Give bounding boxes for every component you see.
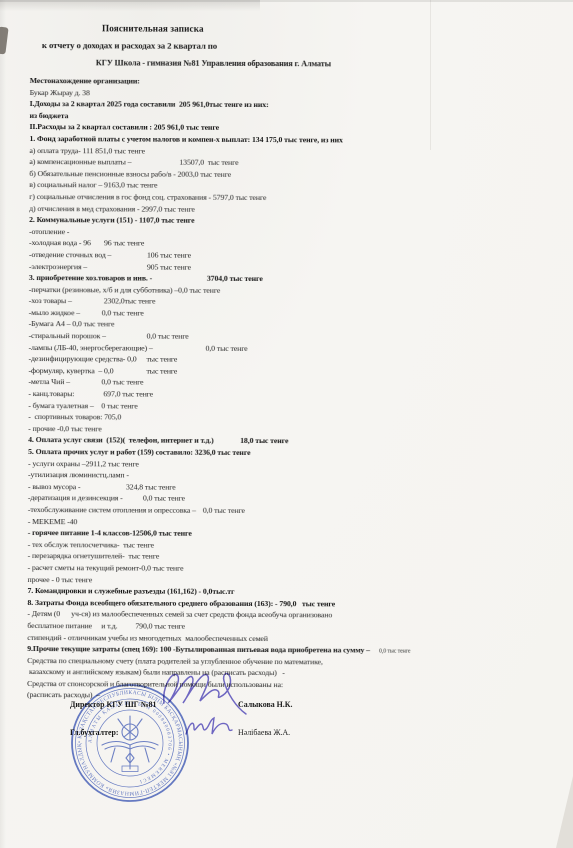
doc-line-text: - MEKEME -40	[28, 517, 78, 526]
doc-title: Пояснительная записка	[102, 20, 555, 39]
doc-line-value: 697,0 тыс тенге	[103, 388, 153, 400]
doc-line-text: - спортивных товаров: 705,0	[28, 412, 121, 421]
doc-line-value: 0,0 тыс тенге	[102, 307, 144, 319]
doc-line-text: бесплатное питание и т.д.	[27, 621, 117, 630]
doc-line-text: -техобслуживание систем отопления и опре…	[28, 505, 196, 515]
doc-line-text: - услуги охраны –2911,2 тыс тенге	[28, 459, 139, 468]
doc-line-text: -Бумага А4 – 0,0 тыс тенге	[29, 319, 115, 328]
doc-line-value: 0,0 тыс тенге	[203, 505, 245, 517]
scan-edge-line	[0, 0, 573, 2]
scan-corner-mark	[0, 26, 9, 54]
doc-line-text: -дератизация и дезинсекция -	[28, 493, 123, 502]
doc-line-text: - расчет сметы на текущий ремонт-0,0 тыс…	[28, 563, 184, 573]
doc-line-text: -мыло жидкое –	[29, 308, 80, 317]
doc-line-text: II.Расходы за 2 квартал составили : 205 …	[30, 122, 220, 132]
doc-line-text: -отопление -	[29, 227, 69, 236]
stamp-emblem-icon	[102, 716, 158, 772]
accountant-name: Нәлібаева Ж.А.	[238, 728, 290, 737]
doc-line-value: 106 тыс тенге	[147, 249, 191, 261]
doc-line-value: 0,0 тыс тенге	[147, 331, 189, 343]
doc-line-text: прочее - 0 тыс тенге	[28, 575, 93, 584]
doc-line-text: д) отчисления в мед страхования - 2997,0…	[29, 204, 195, 214]
doc-line-text: 1. Фонд заработной платы с учетом налого…	[29, 134, 342, 144]
doc-line-text: г) социальные отчисления в гос фонд соц.…	[29, 192, 266, 202]
scan-shadow-left	[0, 0, 6, 848]
doc-line-value: 18,0 тыс тенге	[240, 435, 288, 447]
doc-line-text: 2. Коммунальные услуги (151) - 1107,0 ты…	[29, 215, 194, 225]
doc-line-value: 0,0 тыс тенге	[101, 377, 143, 389]
page-corner-fold	[556, 776, 573, 848]
document-content: Пояснительная записка к отчету о доходах…	[27, 20, 555, 703]
doc-line-text: 7. Командировки и служебные разъезды (16…	[27, 586, 234, 596]
doc-line-text: стипендий - отличникам учебы из многодет…	[27, 632, 268, 642]
doc-line-text: -дезинфицирующие средства- 0,0	[29, 354, 137, 363]
doc-line-text: а) компенсационные выплаты –	[29, 157, 131, 166]
doc-line-text: б) Обязательные пенсионные взносы рабо/в…	[29, 169, 231, 179]
doc-line-value: 2302,0тыс тенге	[104, 296, 156, 308]
doc-line-text: I.Доходы за 2 квартал 2025 года составил…	[30, 99, 269, 109]
doc-line-text: -метла Чий –	[28, 377, 70, 386]
doc-line-text: - перезарядка огнетушителей- тыс тенге	[28, 551, 159, 561]
doc-line-text: -формуляр, кувертка – 0,0	[28, 366, 113, 375]
doc-line-text: -стиральный порошок –	[29, 331, 106, 340]
doc-line-value: 0 тыс тенге	[101, 400, 137, 412]
doc-line-text: Букар Жырау д. 38	[30, 88, 90, 97]
doc-line-value: 0,0 тыс тенге	[379, 649, 410, 655]
doc-line-text: - прочие -0,0 тыс тенге	[28, 424, 102, 433]
official-stamp: • ҚАЗАҚСТАН РЕСПУБЛИКАСЫ БІЛІМ БАСҚАРМАС…	[69, 682, 191, 804]
doc-line-value: 905 тыс тенге	[147, 261, 191, 273]
doc-line-text: -электроэнергия –	[29, 261, 87, 270]
doc-line-value: тыс тенге	[146, 354, 177, 366]
doc-lines: Местонахождение организации:Букар Жырау …	[27, 75, 555, 703]
doc-line-value: 13507,0 тыс тенге	[179, 157, 238, 169]
doc-line-value: тыс тенге	[146, 365, 177, 377]
doc-line-text: - тех обслуж теплосчетчика- тыс тенге	[28, 540, 154, 550]
doc-line-value: 324,8 тыс тенге	[126, 481, 176, 493]
doc-line-value: 96 тыс тенге	[104, 238, 144, 250]
doc-line-text: -хоз товары –	[29, 296, 72, 305]
doc-line-text: -лампы (ЛБ-40, энергосберегающие) –	[29, 343, 153, 353]
doc-line-text: 9.Прочие текущие затраты (спец 169): 100…	[27, 644, 370, 654]
doc-line-text: из бюджета	[30, 111, 69, 120]
doc-line-text: -утилизация люминистц.ламп -	[28, 470, 129, 479]
scan-shadow-top	[0, 0, 260, 15]
doc-line-text: в) социальный налог – 9163,0 тыс тенге	[29, 180, 157, 190]
doc-line-text: 8. Затраты Фонда всеобщего обязательного…	[27, 598, 335, 608]
doc-line-text: -перчатки (резиновые, х/б и для субботни…	[29, 285, 220, 295]
doc-line-text: - горячее питание 1-4 классов-12506,0 ты…	[28, 528, 192, 538]
doc-line-text: - бумага туалетная –	[28, 401, 93, 410]
doc-line-text: а) оплата труда- 111 851,0 тыс тенге	[29, 146, 144, 156]
doc-line-value: 0,0 тыс тенге	[143, 493, 185, 505]
doc-line-text: 3. приобретение хоз.товаров и инв. -	[29, 273, 152, 283]
doc-line-text: 4. Оплата услуг связи (152)( телефон, ин…	[28, 435, 214, 445]
doc-line-text: Местонахождение организации:	[30, 76, 140, 85]
doc-organization: КГУ Школа - гимназия №81 Управления обра…	[96, 54, 555, 73]
doc-line-text: - канц.товары:	[28, 389, 74, 398]
document-page: Пояснительная записка к отчету о доходах…	[0, 0, 573, 848]
doc-line-text: 5. Оплата прочих услуг и работ (159) сос…	[28, 447, 250, 457]
doc-line-text: -холодная вода - 96	[29, 238, 91, 247]
doc-line-value: 0,0 тыс тенге	[206, 342, 248, 354]
doc-line-text: - вывоз мусора -	[28, 482, 81, 491]
doc-line-value: 790,0 тыс тенге	[135, 620, 185, 632]
doc-line-value: 3704,0 тыс тенге	[207, 273, 263, 285]
doc-line-text: - Детям (0 уч-ся) из малообеспеченных се…	[27, 609, 332, 619]
doc-line-text: -отведение сточных вод –	[29, 250, 111, 259]
